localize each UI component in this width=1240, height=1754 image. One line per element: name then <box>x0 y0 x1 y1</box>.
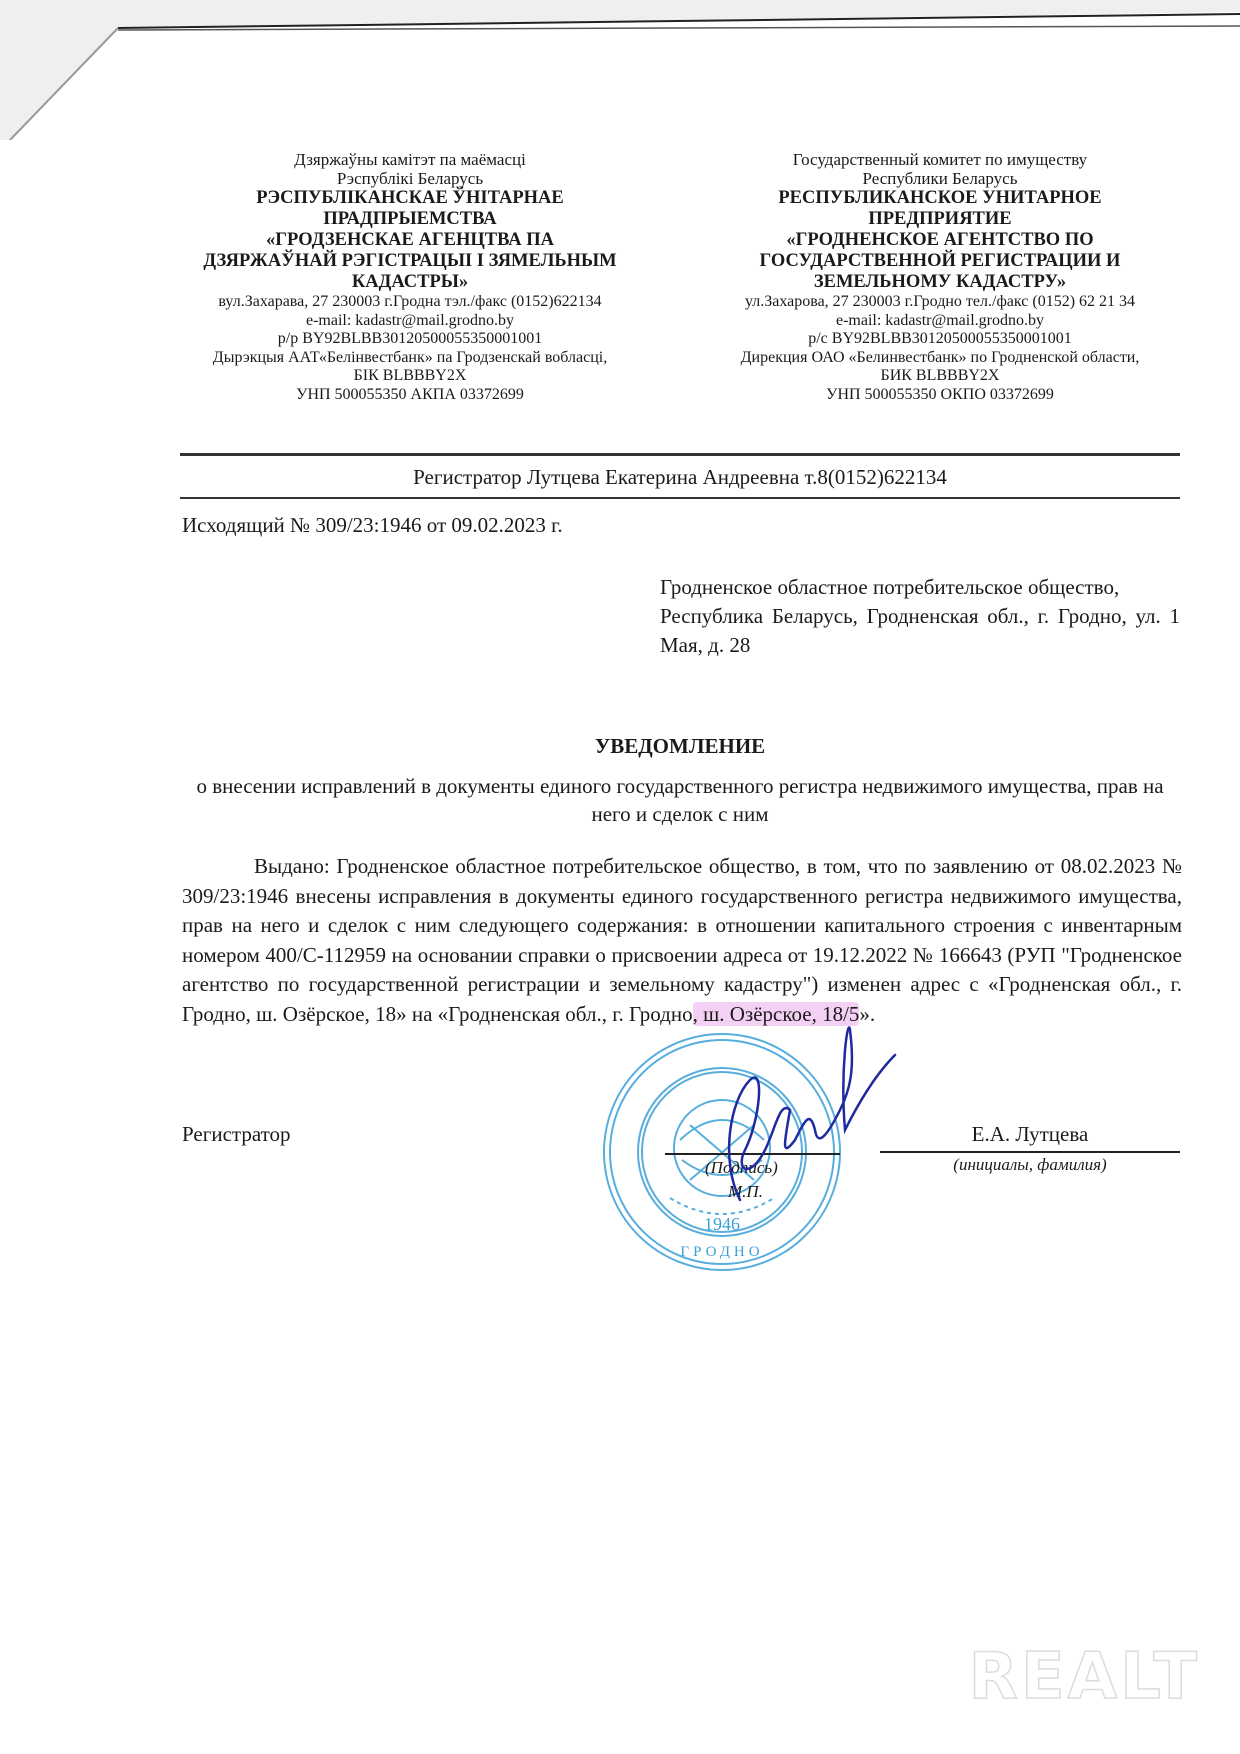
org-name-line: РЭСПУБЛІКАНСКАЕ ЎНІТАРНАЕ <box>160 188 660 209</box>
org-email: e-mail: kadastr@mail.grodno.by <box>690 312 1190 331</box>
org-codes: УНП 500055350 АКПА 03372699 <box>160 386 660 405</box>
org-name-line: ПРАДПРЫЕМСТВА <box>160 209 660 230</box>
realt-watermark: REALT <box>969 1640 1200 1714</box>
org-bik: БІК BLBBBY2X <box>160 367 660 386</box>
addressee-block: Гродненское областное потребительское об… <box>660 573 1180 660</box>
signatory-name-block: Е.А. Лутцева (инициалы, фамилия) <box>880 1122 1180 1175</box>
org-name-line: ПРЕДПРИЯТИЕ <box>690 209 1190 230</box>
notice-body: Выдано: Гродненское областное потребител… <box>182 852 1182 1029</box>
committee-line: Дзяржаўны камітэт па маёмасці <box>160 150 660 169</box>
org-bank: Дырэкцыя ААТ«Белінвестбанк» па Гродзенск… <box>160 349 660 368</box>
org-address: ул.Захарова, 27 230003 г.Гродно тел./фак… <box>690 293 1190 312</box>
org-name-line: ДЗЯРЖАЎНАЙ РЭГІСТРАЦЫІ І ЗЯМЕЛЬНЫМ <box>160 251 660 272</box>
committee-line: Республики Беларусь <box>690 169 1190 188</box>
svg-text:1946: 1946 <box>704 1214 740 1234</box>
org-name-line: «ГРОДЗЕНСКАЕ АГЕНЦТВА ПА <box>160 230 660 251</box>
body-main: Выдано: Гродненское областное потребител… <box>182 854 1182 1026</box>
document-title: УВЕДОМЛЕНИЕ <box>180 734 1180 759</box>
svg-text:ГРОДНО: ГРОДНО <box>680 1244 763 1260</box>
org-bank: Дирекция ОАО «Белинвестбанк» по Гродненс… <box>690 349 1190 368</box>
handwritten-signature-icon <box>680 1010 910 1210</box>
org-name-line: РЕСПУБЛИКАНСКОЕ УНИТАРНОЕ <box>690 188 1190 209</box>
org-account: р/р BY92BLBB30120500055350001001 <box>160 330 660 349</box>
org-codes: УНП 500055350 ОКПО 03372699 <box>690 386 1190 405</box>
org-account: р/с BY92BLBB30120500055350001001 <box>690 330 1190 349</box>
scanned-page-edge <box>0 0 1240 140</box>
outgoing-number: Исходящий № 309/23:1946 от 09.02.2023 г. <box>182 513 563 538</box>
name-line <box>880 1151 1180 1153</box>
committee-line: Государственный комитет по имуществу <box>690 150 1190 169</box>
addressee-name: Гродненское областное потребительское об… <box>660 573 1180 602</box>
signatory-role: Регистратор <box>182 1122 291 1147</box>
letterhead-belarusian: Дзяржаўны камітэт па маёмасці Рэспублікі… <box>160 150 660 404</box>
org-name-line: КАДАСТРЫ» <box>160 272 660 293</box>
header-divider-top <box>180 453 1180 456</box>
org-name-line: ЗЕМЕЛЬНОМУ КАДАСТРУ» <box>690 272 1190 293</box>
name-caption: (инициалы, фамилия) <box>880 1155 1180 1175</box>
header-divider-bottom <box>180 497 1180 499</box>
addressee-address: Республика Беларусь, Гродненская обл., г… <box>660 602 1180 660</box>
committee-line: Рэспублікі Беларусь <box>160 169 660 188</box>
letterhead-russian: Государственный комитет по имуществу Рес… <box>690 150 1190 404</box>
org-bik: БИК BLBBBY2X <box>690 367 1190 386</box>
org-address: вул.Захарава, 27 230003 г.Гродна тэл./фа… <box>160 293 660 312</box>
document-subtitle: о внесении исправлений в документы едино… <box>190 772 1170 828</box>
registrar-contact-line: Регистратор Лутцева Екатерина Андреевна … <box>180 465 1180 490</box>
signatory-name: Е.А. Лутцева <box>880 1122 1180 1147</box>
org-email: e-mail: kadastr@mail.grodno.by <box>160 312 660 331</box>
org-name-line: ГОСУДАРСТВЕННОЙ РЕГИСТРАЦИИ И <box>690 251 1190 272</box>
org-name-line: «ГРОДНЕНСКОЕ АГЕНТСТВО ПО <box>690 230 1190 251</box>
